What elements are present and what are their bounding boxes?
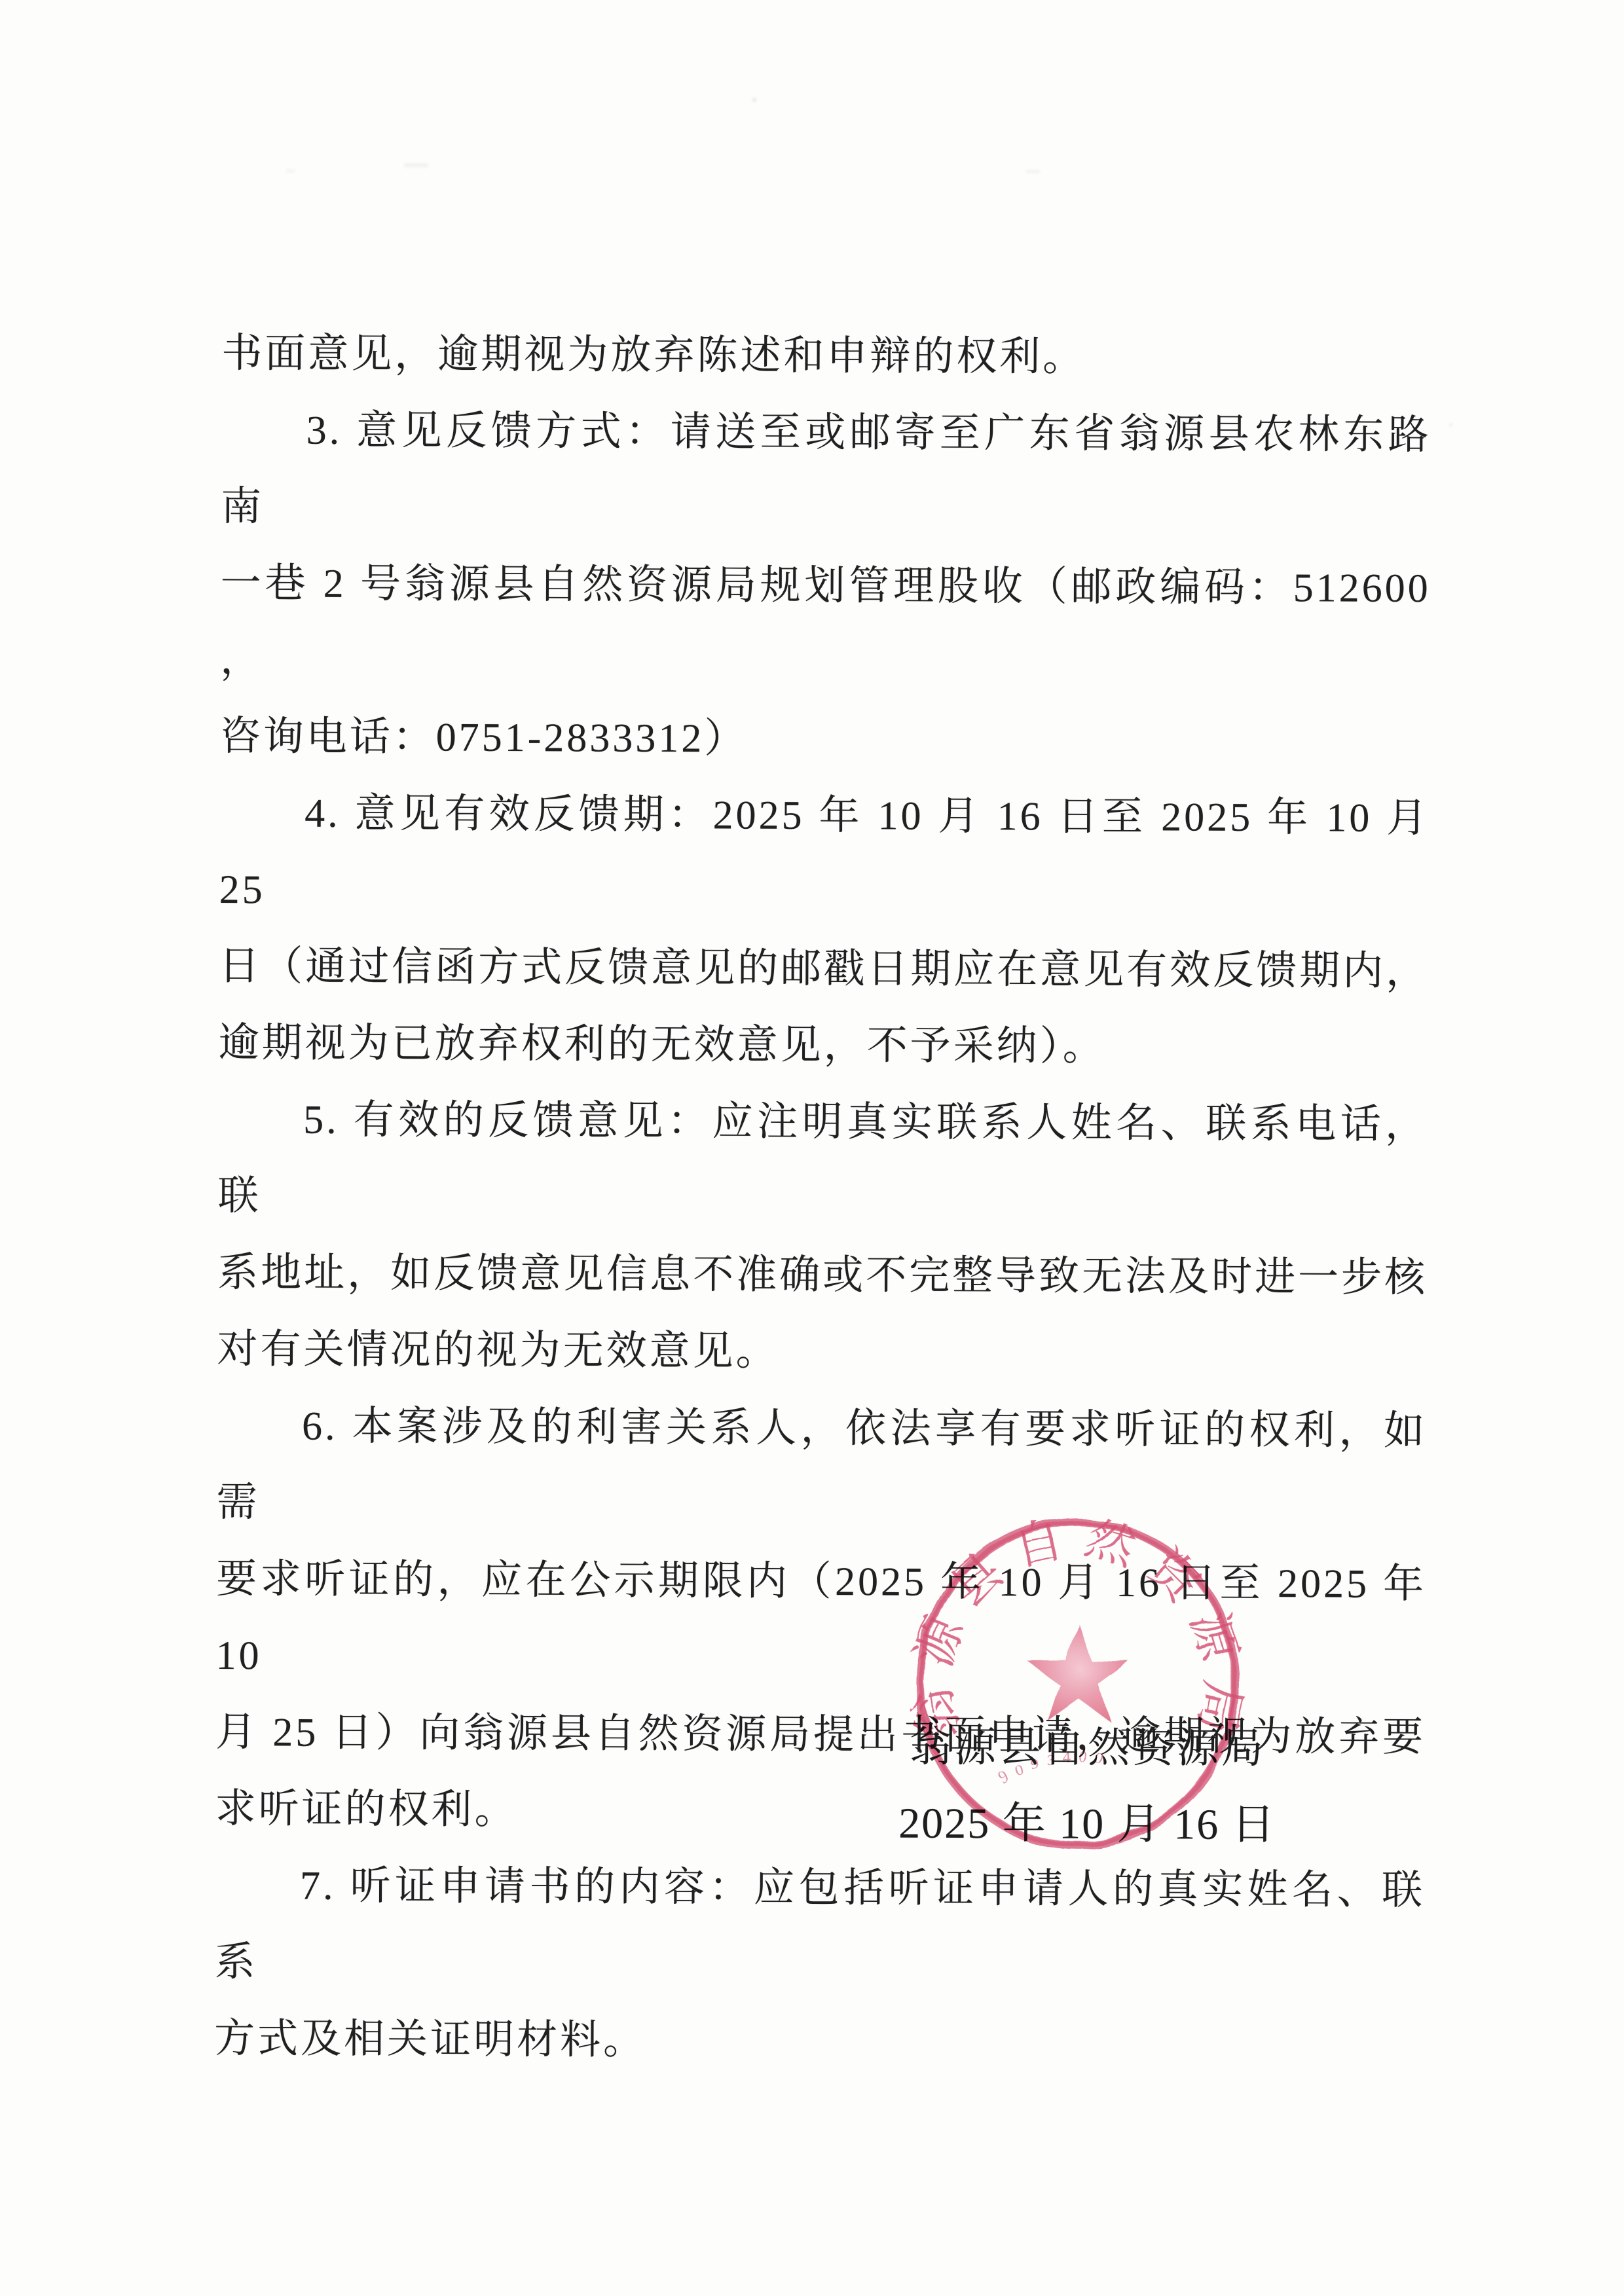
body-line: 逾期视为已放弃权利的无效意见，不予采纳）。: [218, 1005, 1428, 1087]
body-line: 3. 意见反馈方式：请送至或邮寄至广东省翁源县农林东路南: [221, 392, 1431, 551]
scan-speck: [1026, 170, 1041, 173]
scan-speck: [1449, 423, 1452, 426]
body-line: 4. 意见有效反馈期：2025 年 10 月 16 日至 2025 年 10 月…: [219, 775, 1430, 934]
seal-code: 9093400: [997, 1749, 1115, 1789]
scan-speck: [404, 163, 429, 167]
body-line: 对有关情况的视为无效意见。: [217, 1311, 1427, 1393]
body-line: 系地址，如反馈意见信息不准确或不完整导致无法及时进一步核: [217, 1235, 1428, 1317]
body-line: 日（通过信函方式反馈意见的邮戳日期应在意见有效反馈期内，: [219, 928, 1429, 1010]
body-line: 书面意见，逾期视为放弃陈述和申辩的权利。: [221, 316, 1431, 397]
seal-star-icon: [1027, 1624, 1130, 1721]
body-line: 一巷 2 号翁源县自然资源局规划管理股收（邮政编码：512600 ，: [220, 545, 1431, 704]
document-page: 书面意见，逾期视为放弃陈述和申辩的权利。 3. 意见反馈方式：请送至或邮寄至广东…: [0, 0, 1624, 2296]
official-seal-stamp: 翁源县自然资源局 9093400: [893, 1499, 1261, 1867]
body-line: 咨询电话：0751-2833312）: [219, 699, 1430, 780]
body-line: 7. 听证申请书的内容：应包括听证申请人的真实姓名、联系: [214, 1848, 1425, 2006]
body-line: 方式及相关证明材料。: [214, 2001, 1424, 2083]
scan-speck: [286, 169, 295, 172]
body-line: 5. 有效的反馈意见：应注明真实联系人姓名、联系电话，联: [217, 1082, 1428, 1240]
scanned-sheet: 书面意见，逾期视为放弃陈述和申辩的权利。 3. 意见反馈方式：请送至或邮寄至广东…: [0, 0, 1624, 2296]
scan-speck: [752, 98, 756, 102]
